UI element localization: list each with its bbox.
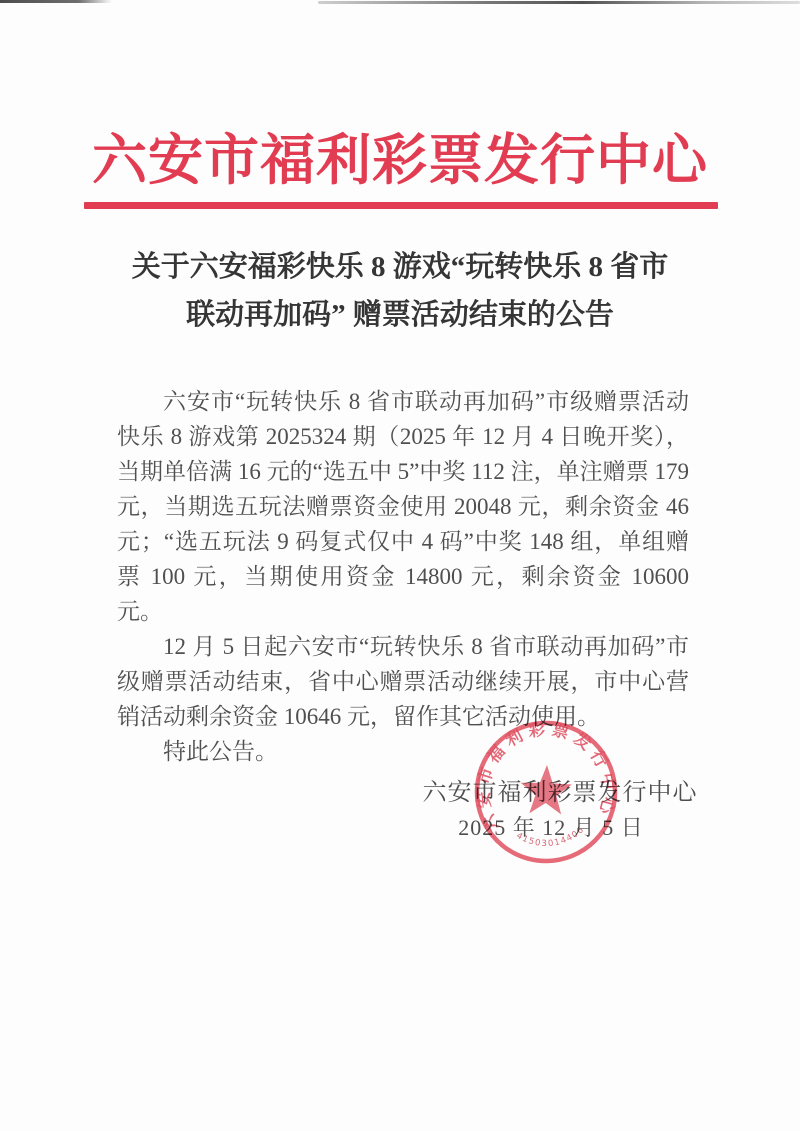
scan-artifact-top-right	[318, 1, 800, 4]
scanned-notice-page: 六安市福利彩票发行中心 关于六安福彩快乐 8 游戏“玩转快乐 8 省市 联动再加…	[0, 0, 800, 1131]
letterhead-divider	[84, 202, 718, 209]
notice-title-line1: 关于六安福彩快乐 8 游戏“玩转快乐 8 省市	[50, 243, 750, 291]
notice-title: 关于六安福彩快乐 8 游戏“玩转快乐 8 省市 联动再加码” 赠票活动结束的公告	[50, 243, 750, 339]
notice-title-line2: 联动再加码” 赠票活动结束的公告	[50, 291, 750, 339]
notice-paragraph-1: 六安市“玩转快乐 8 省市联动再加码”市级赠票活动快乐 8 游戏第 202532…	[117, 384, 689, 629]
seal-star-icon	[519, 763, 575, 819]
scan-artifact-top-left	[0, 0, 112, 3]
official-seal: 六安市福利彩票发行中心 3415030144065	[458, 704, 634, 880]
letterhead-org-name: 六安市福利彩票发行中心	[0, 128, 800, 194]
